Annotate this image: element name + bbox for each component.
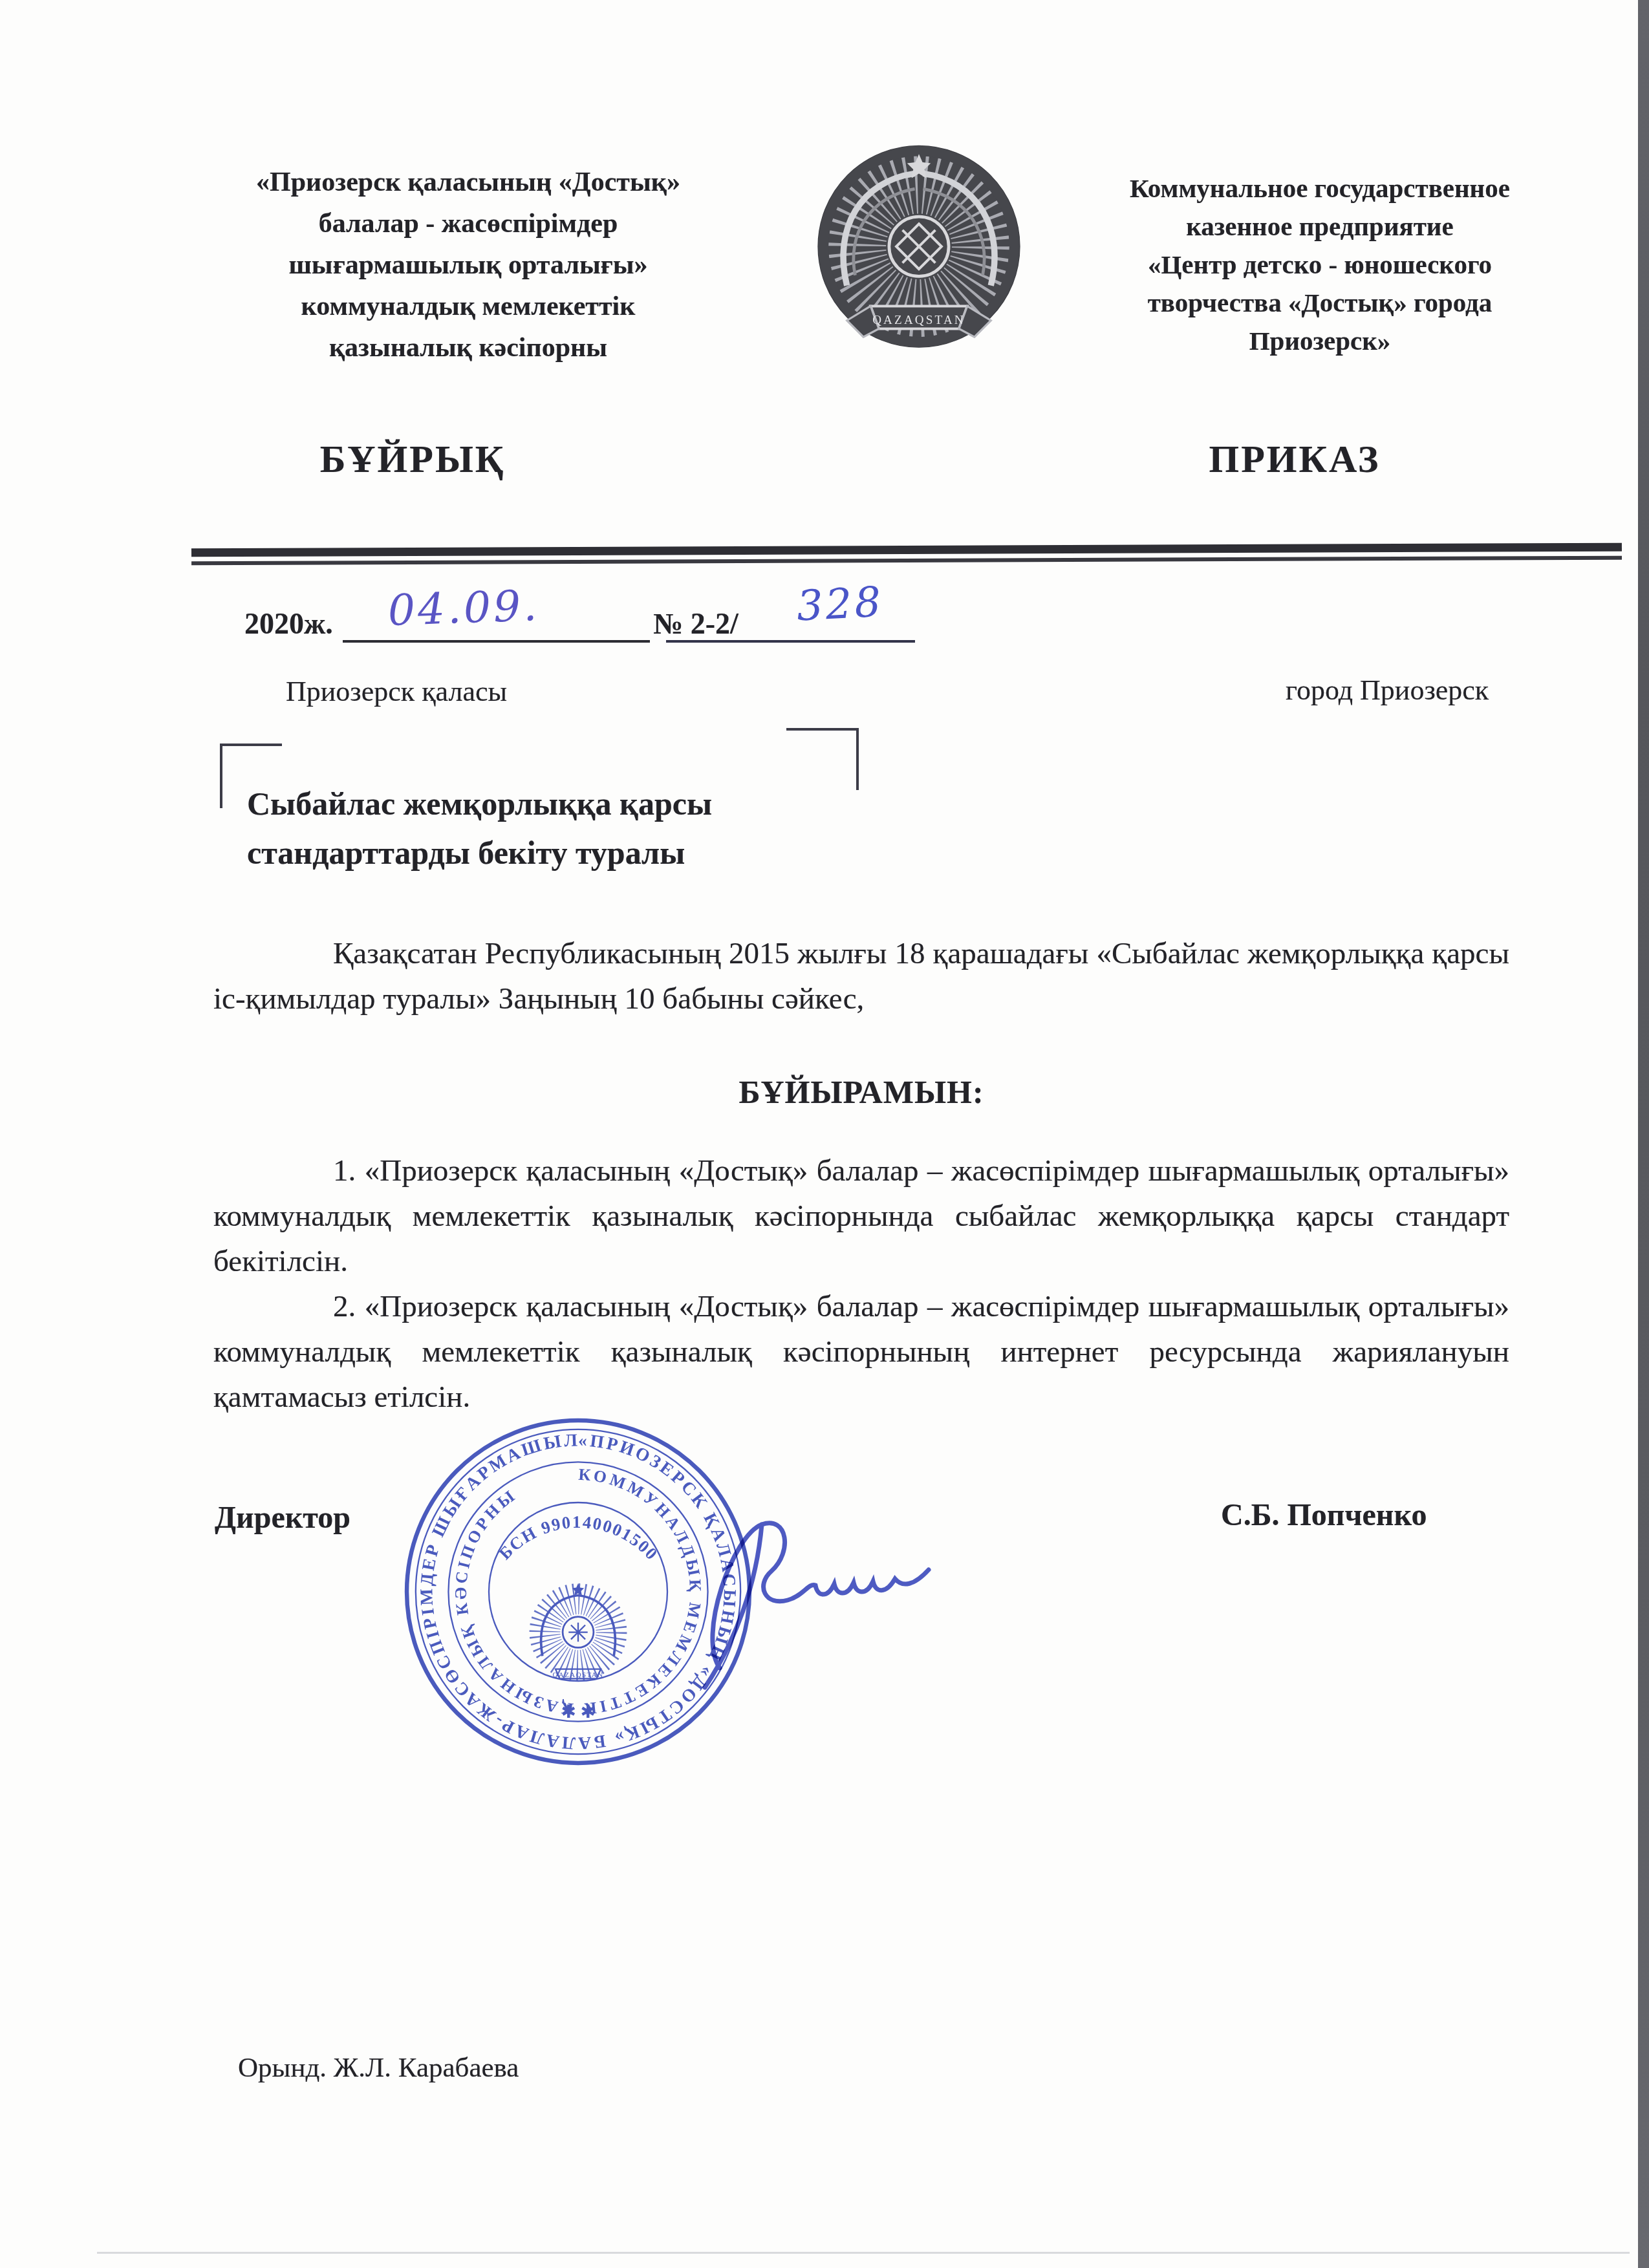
signature-descender-stroke <box>705 1524 762 1687</box>
stamp-stars: ✱ ✱ <box>561 1702 595 1722</box>
place-russian: город Приозерск <box>1286 674 1489 707</box>
subject-line-1: Сыбайлас жемқорлыққа қарсы <box>247 779 868 828</box>
corner-mark-left-vertical <box>220 744 222 808</box>
handwritten-number: 328 <box>795 579 885 631</box>
org-name-kazakh: «Приозерск қаласының «Достық» балалар - … <box>184 162 753 369</box>
stamp-center-emblem: QAZAQSTAN <box>541 1583 616 1678</box>
org-ru-line-2: казенное предприятие <box>1039 208 1601 246</box>
org-kk-line-3: шығармашылық орталығы» <box>184 244 753 286</box>
stamp-center-caption: QAZAQSTAN <box>553 1671 604 1679</box>
scan-bottom-line <box>97 2252 1630 2254</box>
subject-line-2: стандарттарды бекіту туралы <box>247 828 868 877</box>
order-item-1: 1. «Приозерск қаласының «Достық» балалар… <box>213 1148 1509 1284</box>
kazakhstan-emblem-icon: QAZAQSTAN <box>816 144 1022 361</box>
order-word: БҰЙЫРАМЫН: <box>213 1073 1509 1111</box>
svg-text:БСН 990140001500: БСН 990140001500 <box>495 1512 662 1564</box>
executor-line: Орынд. Ж.Л. Карабаева <box>238 2052 519 2084</box>
stamp-bsn-text: БСН 990140001500 <box>495 1512 662 1564</box>
org-ru-line-3: «Центр детско - юношеского <box>1039 246 1601 284</box>
org-kk-line-1: «Приозерск қаласының «Достық» <box>184 162 753 203</box>
order-item-2: 2. «Приозерск қаласының «Достық» балалар… <box>213 1284 1509 1420</box>
number-underline <box>666 640 915 643</box>
director-signature <box>658 1474 962 1707</box>
place-kazakh: Приозерск қаласы <box>286 675 507 708</box>
preamble-paragraph: Қазақсатан Республикасының 2015 жылғы 18… <box>213 931 1509 1022</box>
signer-title: Директор <box>215 1500 350 1535</box>
org-name-russian: Коммунальное государственное казенное пр… <box>1039 169 1601 360</box>
corner-mark-left-horizontal <box>220 744 282 746</box>
scanned-order-page: «Приозерск қаласының «Достық» балалар - … <box>0 0 1649 2268</box>
scan-edge-strip <box>1638 0 1649 2268</box>
emblem-caption: QAZAQSTAN <box>872 314 965 327</box>
date-underline <box>343 640 650 643</box>
corner-mark-right-horizontal <box>786 728 859 731</box>
double-rule <box>191 543 1622 565</box>
number-label: № 2-2/ <box>653 606 738 641</box>
doc-title-kazakh: БҰЙРЫҚ <box>244 437 581 482</box>
org-ru-line-1: Коммунальное государственное <box>1039 169 1601 208</box>
order-subject: Сыбайлас жемқорлыққа қарсы стандарттарды… <box>247 779 868 877</box>
org-kk-line-5: қазыналық кәсіпорны <box>184 327 753 369</box>
org-kk-line-2: балалар - жасөспірімдер <box>184 203 753 244</box>
org-kk-line-4: коммуналдық мемлекеттік <box>184 286 753 327</box>
doc-title-russian: ПРИКАЗ <box>1126 437 1463 482</box>
year-label: 2020ж. <box>244 606 333 641</box>
handwritten-date: 04.09. <box>387 581 540 636</box>
org-ru-line-5: Приозерск» <box>1039 322 1601 360</box>
org-ru-line-4: творчества «Достық» города <box>1039 284 1601 322</box>
signer-name: С.Б. Попченко <box>1221 1497 1427 1533</box>
signature-main-stroke <box>713 1523 929 1668</box>
